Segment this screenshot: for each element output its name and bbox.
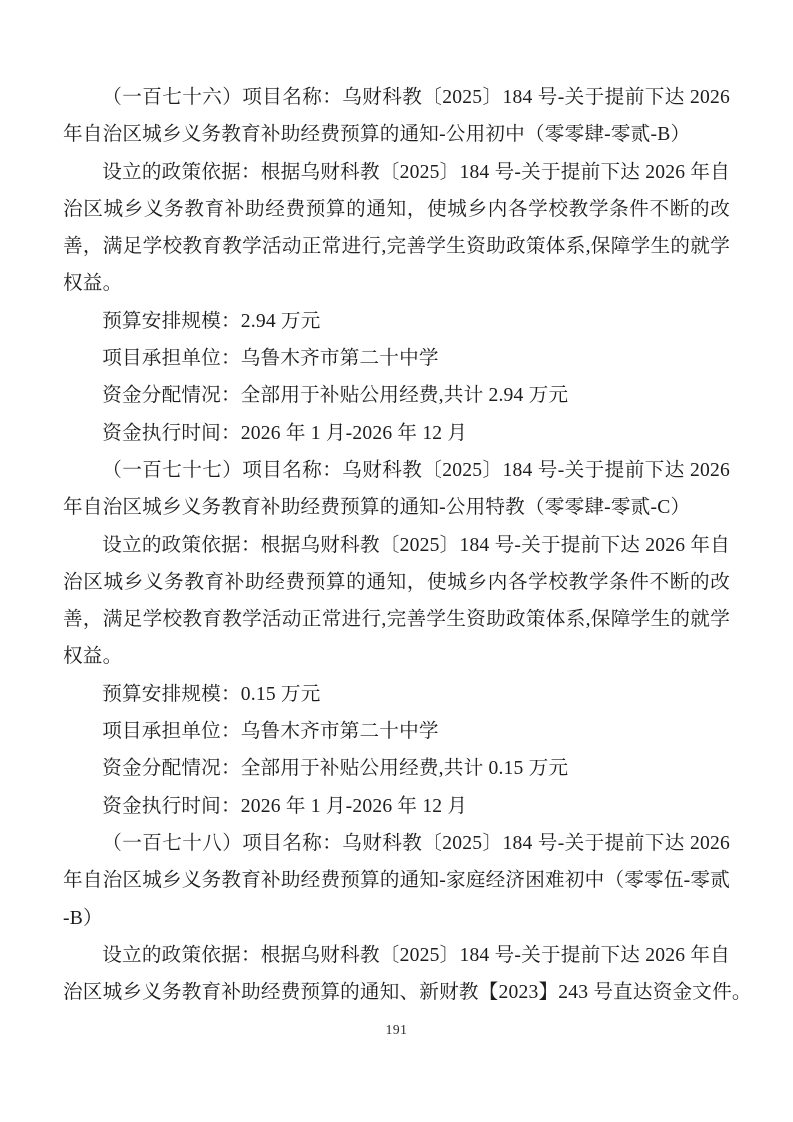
section-176-fund-execution: 资金执行时间：2026 年 1 月-2026 年 12 月 [63,415,730,452]
section-177-policy-basis-line: 权益。 [63,638,730,675]
section-176-policy-basis-line: 治区城乡义务教育补助经费预算的通知，使城乡内各学校教学条件不断的改 [63,191,730,228]
document-page: （一百七十六）项目名称：乌财科教〔2025〕184 号-关于提前下达 2026 … [0,0,793,1122]
section-177-project-name-line: 年自治区城乡义务教育补助经费预算的通知-公用特教（零零肆-零贰-C） [63,489,730,526]
section-178-project-name-line: （一百七十八）项目名称：乌财科教〔2025〕184 号-关于提前下达 2026 [63,825,730,862]
section-176-policy-basis-line: 善，满足学校教育教学活动正常进行,完善学生资助政策体系,保障学生的就学 [63,228,730,265]
page-number: 191 [0,1022,793,1038]
section-177-undertaking-unit: 项目承担单位：乌鲁木齐市第二十中学 [63,713,730,750]
section-176-budget-scale: 预算安排规模：2.94 万元 [63,303,730,340]
section-177-policy-basis-line: 治区城乡义务教育补助经费预算的通知，使城乡内各学校教学条件不断的改 [63,564,730,601]
section-178-project-name-line: -B） [63,900,730,937]
section-178-policy-basis-line: 设立的政策依据：根据乌财科教〔2025〕184 号-关于提前下达 2026 年自 [63,937,730,974]
section-178-project-name-line: 年自治区城乡义务教育补助经费预算的通知-家庭经济困难初中（零零伍-零贰 [63,862,730,899]
section-177-fund-execution: 资金执行时间：2026 年 1 月-2026 年 12 月 [63,788,730,825]
section-177-project-name-line: （一百七十七）项目名称：乌财科教〔2025〕184 号-关于提前下达 2026 [63,452,730,489]
section-177-fund-allocation: 资金分配情况：全部用于补贴公用经费,共计 0.15 万元 [63,750,730,787]
section-177-policy-basis-line: 设立的政策依据：根据乌财科教〔2025〕184 号-关于提前下达 2026 年自 [63,527,730,564]
section-176-project-name-line: 年自治区城乡义务教育补助经费预算的通知-公用初中（零零肆-零贰-B） [63,116,730,153]
section-177-budget-scale: 预算安排规模：0.15 万元 [63,676,730,713]
document-text-block: （一百七十六）项目名称：乌财科教〔2025〕184 号-关于提前下达 2026 … [63,79,730,1011]
section-177-policy-basis-line: 善，满足学校教育教学活动正常进行,完善学生资助政策体系,保障学生的就学 [63,601,730,638]
section-176-policy-basis-line: 设立的政策依据：根据乌财科教〔2025〕184 号-关于提前下达 2026 年自 [63,154,730,191]
section-178-policy-basis-line: 治区城乡义务教育补助经费预算的通知、新财教【2023】243 号直达资金文件。 [63,974,730,1011]
section-176-project-name-line: （一百七十六）项目名称：乌财科教〔2025〕184 号-关于提前下达 2026 [63,79,730,116]
section-176-policy-basis-line: 权益。 [63,265,730,302]
section-176-undertaking-unit: 项目承担单位：乌鲁木齐市第二十中学 [63,340,730,377]
section-176-fund-allocation: 资金分配情况：全部用于补贴公用经费,共计 2.94 万元 [63,377,730,414]
